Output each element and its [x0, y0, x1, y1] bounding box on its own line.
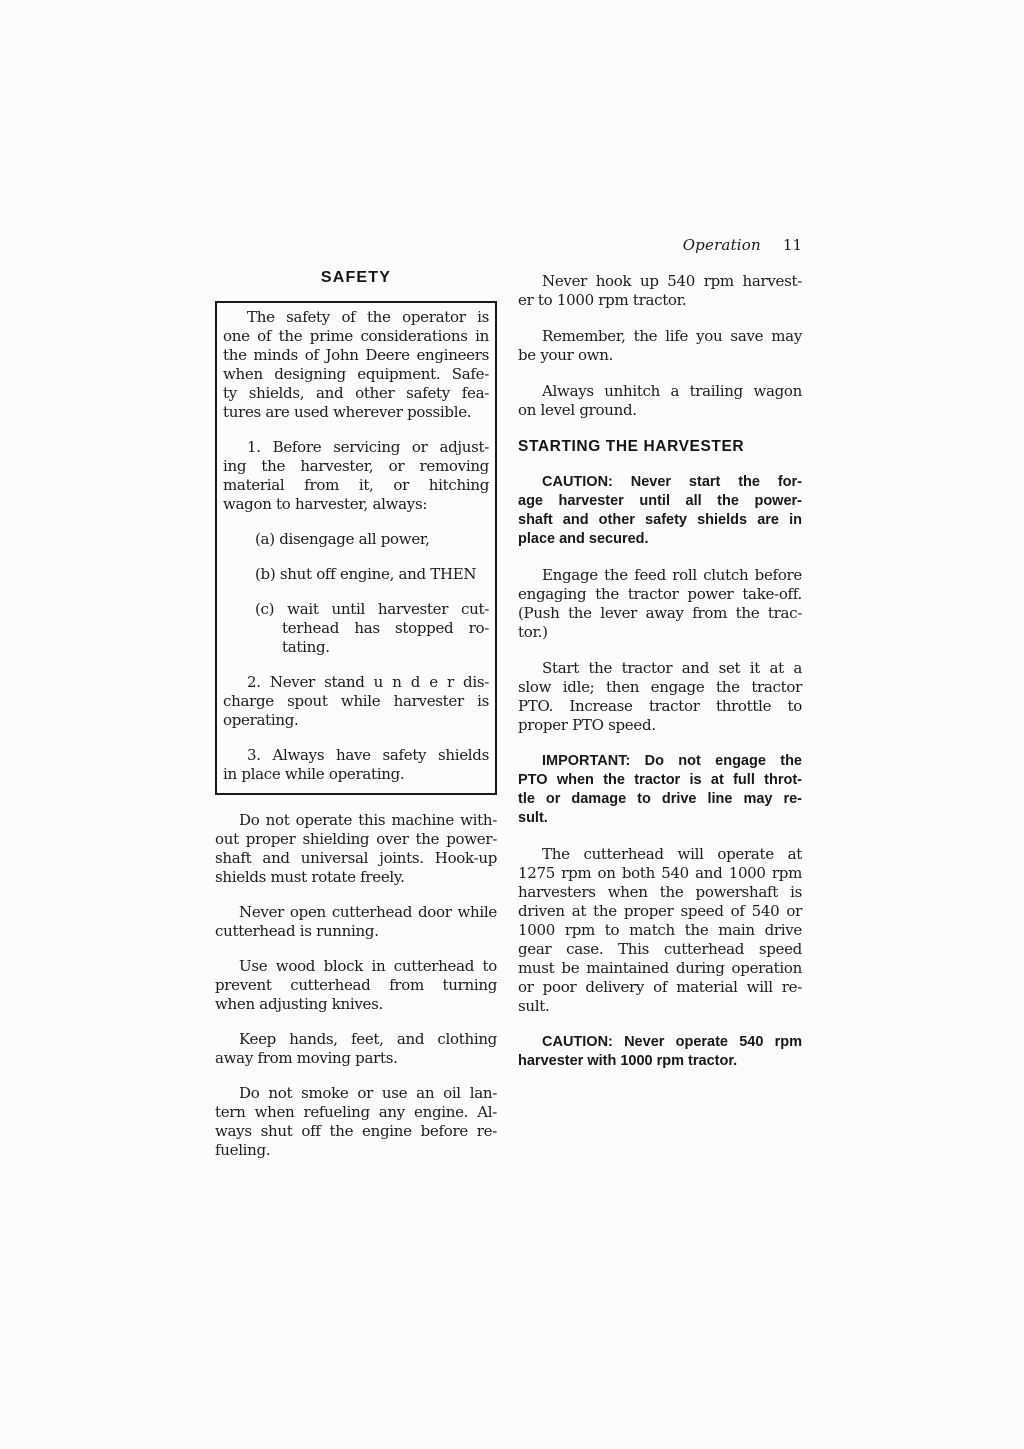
text-line: harvesters when the powershaft is: [518, 883, 802, 902]
paragraph: Always unhitch a trailing wagonon level …: [518, 382, 802, 420]
text-line: wagon to harvester, always:: [223, 495, 489, 514]
text-line: ty shields, and other safety fea-: [223, 384, 489, 403]
text-line: material from it, or hitching: [223, 476, 489, 495]
text-line: (a) disengage all power,: [255, 530, 489, 549]
text-line: Never open cutterhead door while: [215, 903, 497, 922]
text-line: driven at the proper speed of 540 or: [518, 902, 802, 921]
text-line: when designing equipment. Safe-: [223, 365, 489, 384]
text-line: be your own.: [518, 346, 802, 365]
left-paragraph-group: Do not operate this machine with-out pro…: [215, 811, 497, 1160]
paragraph: (a) disengage all power,: [223, 530, 489, 549]
right-paragraph-group-top: Never hook up 540 rpm harvest-er to 1000…: [518, 272, 802, 420]
text-line: or poor delivery of material will re-: [518, 978, 802, 997]
manual-page: SAFETY The safety of the operator isone …: [0, 0, 1024, 1449]
safety-section-heading: SAFETY: [215, 268, 497, 287]
text-line: Remember, the life you save may: [518, 327, 802, 346]
paragraph: (c) wait until harvester cut-terhead has…: [223, 600, 489, 657]
text-line: in place while operating.: [223, 765, 489, 784]
text-line: PTO when the tractor is at full throt-: [518, 771, 802, 790]
paragraph: Keep hands, feet, and clothingaway from …: [215, 1030, 497, 1068]
text-line: shaft and universal joints. Hook-up: [215, 849, 497, 868]
left-column: SAFETY The safety of the operator isone …: [215, 268, 497, 1176]
text-line: The safety of the operator is: [223, 308, 489, 327]
text-line: fueling.: [215, 1141, 497, 1160]
text-line: the minds of John Deere engineers: [223, 346, 489, 365]
paragraph: IMPORTANT: Do not engage thePTO when the…: [518, 752, 802, 828]
text-line: Do not smoke or use an oil lan-: [215, 1084, 497, 1103]
paragraph: Never hook up 540 rpm harvest-er to 1000…: [518, 272, 802, 310]
text-line: sult.: [518, 997, 802, 1016]
right-paragraph-group-bottom: CAUTION: Never start the for-age harvest…: [518, 473, 802, 1071]
paragraph: 3. Always have safety shieldsin place wh…: [223, 746, 489, 784]
paragraph: The cutterhead will operate at1275 rpm o…: [518, 845, 802, 1016]
text-line: 2. Never stand u n d e r dis-: [223, 673, 489, 692]
text-line: when adjusting knives.: [215, 995, 497, 1014]
paragraph: Never open cutterhead door whilecutterhe…: [215, 903, 497, 941]
text-line: PTO. Increase tractor throttle to: [518, 697, 802, 716]
text-line: tern when refueling any engine. Al-: [215, 1103, 497, 1122]
text-line: ways shut off the engine before re-: [215, 1122, 497, 1141]
text-line: shields must rotate freely.: [215, 868, 497, 887]
text-line: (c) wait until harvester cut-: [255, 600, 489, 619]
text-line: age harvester until all the power-: [518, 492, 802, 511]
text-line: Engage the feed roll clutch before: [518, 566, 802, 585]
text-line: CAUTION: Never operate 540 rpm: [518, 1033, 802, 1052]
text-line: tor.): [518, 623, 802, 642]
text-line: Always unhitch a trailing wagon: [518, 382, 802, 401]
text-line: (Push the lever away from the trac-: [518, 604, 802, 623]
text-line: Start the tractor and set it at a: [518, 659, 802, 678]
text-line: ing the harvester, or removing: [223, 457, 489, 476]
text-line: engaging the tractor power take-off.: [518, 585, 802, 604]
text-line: tle or damage to drive line may re-: [518, 790, 802, 809]
paragraph: Remember, the life you save maybe your o…: [518, 327, 802, 365]
text-line: place and secured.: [518, 530, 802, 549]
text-line: Do not operate this machine with-: [215, 811, 497, 830]
text-line: cutterhead is running.: [215, 922, 497, 941]
paragraph: 1. Before servicing or adjust-ing the ha…: [223, 438, 489, 514]
paragraph: CAUTION: Never operate 540 rpmharvester …: [518, 1033, 802, 1071]
text-line: CAUTION: Never start the for-: [518, 473, 802, 492]
paragraph: (b) shut off engine, and THEN: [223, 565, 489, 584]
text-line: Never hook up 540 rpm harvest-: [518, 272, 802, 291]
paragraph: Engage the feed roll clutch beforeengagi…: [518, 566, 802, 642]
running-title: Operation: [683, 236, 761, 255]
starting-section-heading: STARTING THE HARVESTER: [518, 437, 802, 456]
paragraph: Use wood block in cutterhead toprevent c…: [215, 957, 497, 1014]
text-line: sult.: [518, 809, 802, 828]
text-line: shaft and other safety shields are in: [518, 511, 802, 530]
paragraph: The safety of the operator isone of the …: [223, 308, 489, 422]
text-line: IMPORTANT: Do not engage the: [518, 752, 802, 771]
text-line: harvester with 1000 rpm tractor.: [518, 1052, 802, 1071]
text-line: 3. Always have safety shields: [223, 746, 489, 765]
text-line: one of the prime considerations in: [223, 327, 489, 346]
paragraph: CAUTION: Never start the for-age harvest…: [518, 473, 802, 549]
text-line: gear case. This cutterhead speed: [518, 940, 802, 959]
right-column: Operation 11 Never hook up 540 rpm harve…: [518, 236, 802, 1088]
page-number: 11: [783, 236, 802, 255]
paragraph: 2. Never stand u n d e r dis-charge spou…: [223, 673, 489, 730]
text-line: away from moving parts.: [215, 1049, 497, 1068]
text-line: tures are used wherever possible.: [223, 403, 489, 422]
text-line: Keep hands, feet, and clothing: [215, 1030, 497, 1049]
text-line: proper PTO speed.: [518, 716, 802, 735]
text-line: terhead has stopped ro-: [255, 619, 489, 638]
text-line: 1. Before servicing or adjust-: [223, 438, 489, 457]
text-line: operating.: [223, 711, 489, 730]
paragraph: Do not operate this machine with-out pro…: [215, 811, 497, 887]
safety-box: The safety of the operator isone of the …: [215, 301, 497, 795]
text-line: prevent cutterhead from turning: [215, 976, 497, 995]
text-line: slow idle; then engage the tractor: [518, 678, 802, 697]
text-line: 1275 rpm on both 540 and 1000 rpm: [518, 864, 802, 883]
text-line: The cutterhead will operate at: [518, 845, 802, 864]
text-line: er to 1000 rpm tractor.: [518, 291, 802, 310]
text-line: out proper shielding over the power-: [215, 830, 497, 849]
text-line: charge spout while harvester is: [223, 692, 489, 711]
paragraph: Do not smoke or use an oil lan-tern when…: [215, 1084, 497, 1160]
text-line: must be maintained during operation: [518, 959, 802, 978]
text-line: Use wood block in cutterhead to: [215, 957, 497, 976]
text-line: on level ground.: [518, 401, 802, 420]
page-header: Operation 11: [518, 236, 802, 255]
text-line: tating.: [255, 638, 489, 657]
text-line: 1000 rpm to match the main drive: [518, 921, 802, 940]
paragraph: Start the tractor and set it at aslow id…: [518, 659, 802, 735]
text-line: (b) shut off engine, and THEN: [255, 565, 489, 584]
